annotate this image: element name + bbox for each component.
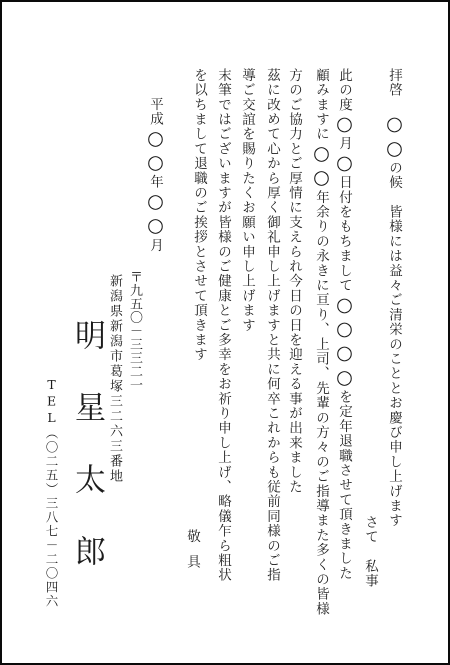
body-line-reflection-2: 方のご協力とご厚情に支えられ今日の日を迎える事が出来ました xyxy=(284,68,304,494)
letter-page: 拝啓 ○○の候 皆様には益々ご清栄のこととお慶び申し上げます さて 私事 此の度… xyxy=(0,0,450,665)
body-line-retirement-notice: 此の度○月○日付をもちまして○○○○を定年退職させて頂きました xyxy=(334,68,354,581)
sender-postal-code: 〒九五〇－三三二一 xyxy=(124,270,144,392)
sender-telephone: TEL（〇二五）三八七－二〇四六 xyxy=(41,377,61,609)
body-line-transition: さて 私事 xyxy=(360,515,380,589)
body-line-opening: 拝啓 ○○の候 皆様には益々ご清栄のこととお慶び申し上げます xyxy=(384,68,404,528)
body-line-thanks-2: 導ご交誼を賜りたくお願い申し上げます xyxy=(237,68,257,333)
body-line-farewell-1: 末筆ではございますが皆様のご健康とご多幸をお祈り申し上げ、略儀乍ら粗状 xyxy=(213,68,233,583)
body-line-thanks-1: 茲に改めて心から厚く御礼申し上げますと共に何卒これからも従前同様のご指 xyxy=(262,68,282,583)
sender-name: 明星太郎 xyxy=(68,319,106,607)
sender-address: 新潟県新潟市葛塚三二六三番地 xyxy=(104,274,124,484)
closing-keigu: 敬具 xyxy=(182,529,202,580)
body-line-farewell-2: を以ちまして退職のご挨拶とさせて頂きます xyxy=(189,68,209,362)
letter-date: 平成○○年○○月 xyxy=(145,97,165,253)
body-line-reflection-1: 顧みますに○○年余りの永きに亘り、上司、先輩の方々のご指導また多くの皆様 xyxy=(311,68,331,616)
